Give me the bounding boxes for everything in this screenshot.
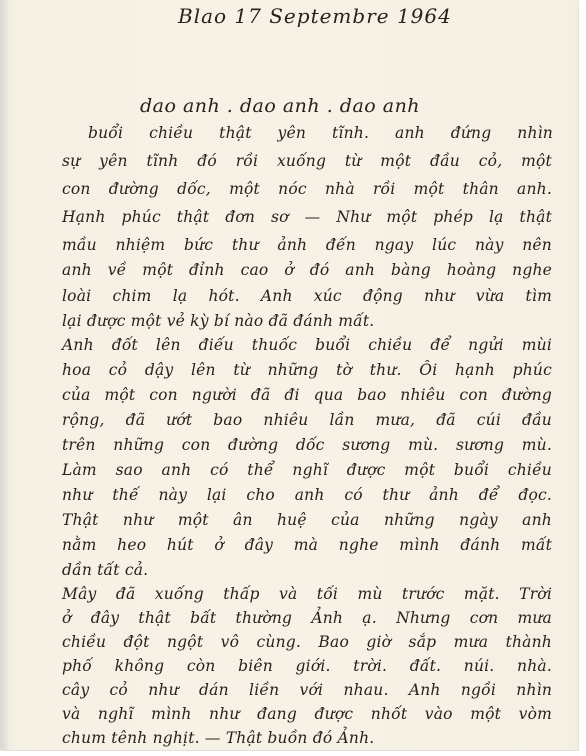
letter-line: anh về một đỉnh cao ở đó anh bàng hoàng …: [62, 261, 552, 279]
letter-line: Làm sao anh có thể nghĩ được một buổi ch…: [62, 461, 552, 479]
letter-line: Thật như một ân huệ của những ngày anh: [62, 511, 552, 529]
letter-line: sự yên tĩnh đó rồi xuống từ một đầu cỏ, …: [62, 152, 552, 170]
letter-line: chum tênh nghịt. — Thật buồn đó Ảnh.: [62, 729, 552, 747]
letter-heading: Blao 17 Septembre 1964: [178, 4, 452, 28]
letter-line: rộng, đã ướt bao nhiêu lần mưa, đã cúi đ…: [62, 411, 552, 429]
letter-line: con đường dốc, một nóc nhà rồi một thân …: [62, 180, 552, 198]
letter-line: và nghĩ mình như đang được nhốt vào một …: [62, 705, 552, 723]
letter-line: chiều đột ngột vô cùng. Bao giờ sắp mưa …: [62, 633, 552, 651]
letter-line: Hạnh phúc thật đơn sơ — Như một phép lạ …: [62, 208, 552, 226]
letter-line: nằm heo hút ở đây mà nghe mình đánh mất: [62, 536, 552, 554]
letter-line: của một con người đã đi qua bao nhiêu co…: [62, 386, 552, 404]
letter-line: buổi chiều thật yên tĩnh. anh đứng nhìn: [88, 124, 553, 142]
letter-greeting: dao anh . dao anh . dao anh: [140, 95, 420, 117]
letter-line: phố không còn biên giới. trời. đất. núi.…: [62, 657, 552, 675]
letter-line: lại được một vẻ kỳ bí nào đã đánh mất.: [62, 312, 552, 330]
letter-line: hoa cỏ dậy lên từ những tờ thư. Ôi hạnh …: [62, 361, 552, 379]
letter-line: Mây đã xuống thấp và tối mù trước mặt. T…: [62, 585, 552, 603]
letter-line: dần tất cả.: [62, 561, 552, 579]
letter-line: loài chim lạ hót. Anh xúc động như vừa t…: [62, 287, 552, 305]
letter-line: mầu nhiệm bức thư ảnh đến ngay lúc này n…: [62, 236, 552, 254]
letter-paper: Blao 17 Septembre 1964 dao anh . dao anh…: [0, 0, 578, 750]
letter-line: như thế này lại cho anh có thư ảnh để đọ…: [62, 486, 552, 504]
letter-line: cây cỏ như dán liền với nhau. Anh ngồi n…: [62, 681, 552, 699]
letter-line: ở đây thật bất thường Ảnh ạ. Nhưng cơn m…: [62, 609, 552, 627]
letter-line: trên những con đường dốc sương mù. sương…: [62, 436, 552, 454]
letter-line: Anh đốt lên điếu thuốc buổi chiều để ngử…: [62, 336, 552, 354]
